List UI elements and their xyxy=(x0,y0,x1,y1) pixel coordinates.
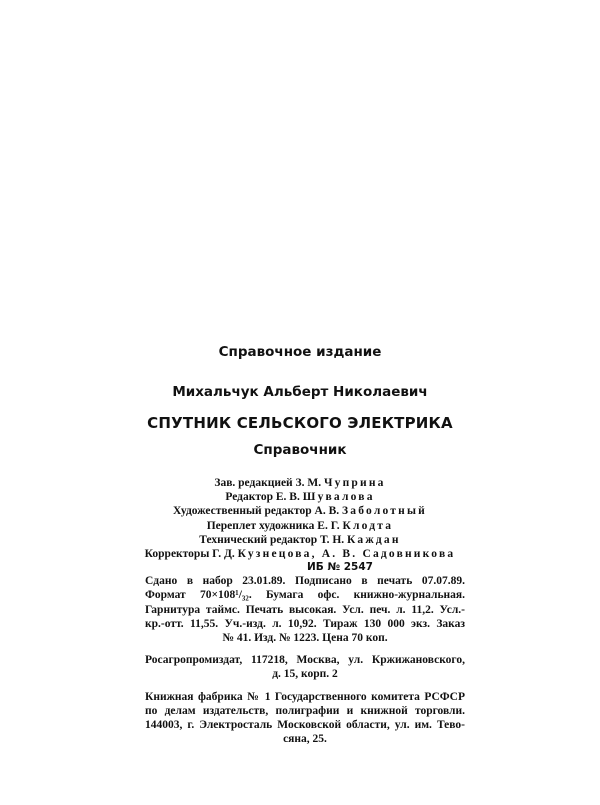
credit-line: Художественный редактор А. В. Заболотный xyxy=(0,504,600,518)
credit-role: Зав. редакцией З. М. xyxy=(214,477,321,489)
publisher-address-line: д. 15, корп. 2 xyxy=(145,667,465,681)
credit-role: Технический редактор Т. Н. xyxy=(199,534,344,546)
series-label: Справочное издание xyxy=(0,344,600,360)
publisher-address: Росагропромиздат, 117218, Москва, ул. Кр… xyxy=(145,653,465,667)
credit-person: Кузнецова, А. В. Садовникова xyxy=(238,548,456,560)
credit-line: Переплет художника Е. Г. Клодта xyxy=(0,519,600,533)
credit-person: Заболотный xyxy=(342,505,427,517)
imprint-detail-line: № 41. Изд. № 1223. Цена 70 коп. xyxy=(145,631,465,645)
credit-role: Редактор Е. В. xyxy=(225,491,300,503)
credit-person: Шувалова xyxy=(303,491,375,503)
book-subtitle: Справочник xyxy=(0,442,600,458)
book-title: СПУТНИК СЕЛЬСКОГО ЭЛЕКТРИКА xyxy=(0,414,600,432)
credit-role: Переплет художника Е. Г. xyxy=(207,520,340,532)
printer-info: Книжная фабрика № 1 Государственного ком… xyxy=(145,690,465,704)
imprint-detail-line: Гарнитура таймс. Печать высокая. Усл. пе… xyxy=(145,603,465,617)
imprint-detail-line: Формат 70×108¹/₃₂. Бумага офс. книжно-жу… xyxy=(145,588,465,602)
credit-role: Корректоры Г. Д. xyxy=(145,548,235,560)
printer-info: по делам издательств, полиграфии и книжн… xyxy=(145,704,465,718)
credit-line: Технический редактор Т. Н. Каждан xyxy=(0,533,600,547)
author-name: Михальчук Альберт Николаевич xyxy=(0,384,600,400)
printer-info: сяна, 25. xyxy=(145,732,465,746)
imprint-detail-line: кр.-отт. 11,55. Уч.-изд. л. 10,92. Тираж… xyxy=(145,617,465,631)
credit-person: Каждан xyxy=(347,534,401,546)
credit-line: Редактор Е. В. Шувалова xyxy=(0,490,600,504)
credit-line: Зав. редакцией З. М. Чуприна xyxy=(0,476,600,490)
imprint-detail-line: Сдано в набор 23.01.89. Подписано в печа… xyxy=(145,574,465,588)
credits-block: Зав. редакцией З. М. Чуприна Редактор Е.… xyxy=(0,476,600,561)
credit-person: Чуприна xyxy=(324,477,386,489)
credit-role: Художественный редактор А. В. xyxy=(173,505,339,517)
credit-person: Клодта xyxy=(342,520,393,532)
printer-info: 144003, г. Электросталь Московской облас… xyxy=(145,718,465,732)
imprint-block: ИБ № 2547 Сдано в набор 23.01.89. Подпис… xyxy=(145,560,465,746)
ib-number: ИБ № 2547 xyxy=(145,560,465,574)
